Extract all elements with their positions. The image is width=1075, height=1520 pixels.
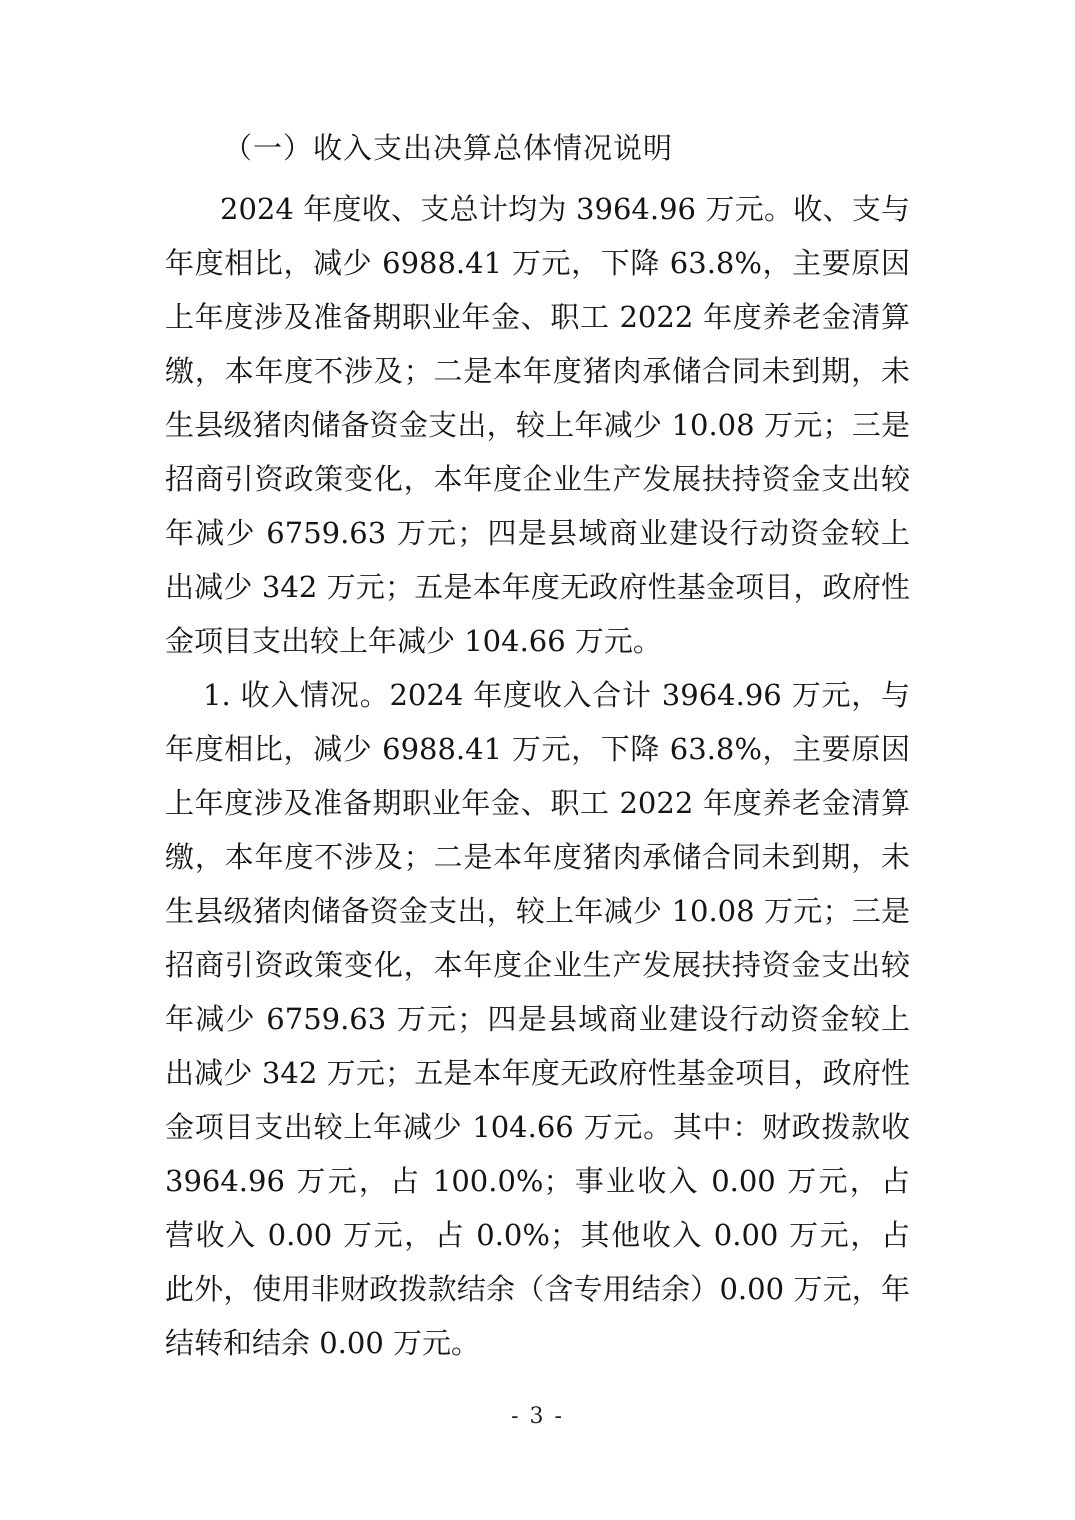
text-line: 上年度涉及准备期职业年金、职工 2022 年度养老金清算补 <box>165 290 910 344</box>
text-line: 缴，本年度不涉及；二是本年度猪肉承储合同未到期，未发 <box>165 344 910 398</box>
text-line: 招商引资政策变化，本年度企业生产发展扶持资金支出较上 <box>165 938 910 992</box>
text-line: 年减少 6759.63 万元；四是县域商业建设行动资金较上年支 <box>165 992 910 1046</box>
text-line: 2024 年度收、支总计均为 3964.96 万元。收、支与 2023 <box>165 182 910 236</box>
text-line: 金项目支出较上年减少 104.66 万元。 <box>165 614 910 668</box>
text-line: 金项目支出较上年减少 104.66 万元。其中：财政拨款收入 <box>165 1100 910 1154</box>
text-line: 年度相比，减少 6988.41 万元，下降 63.8%，主要原因一是 <box>165 236 910 290</box>
text-line: 生县级猪肉储备资金支出，较上年减少 10.08 万元；三是因 <box>165 398 910 452</box>
text-line: 此外，使用非财政拨款结余（含专用结余）0.00 万元，年初 <box>165 1262 910 1316</box>
text-line: 结转和结余 0.00 万元。 <box>165 1316 910 1370</box>
document-body: （一）收入支出决算总体情况说明 2024 年度收、支总计均为 3964.96 万… <box>165 121 910 1370</box>
text-line: 招商引资政策变化，本年度企业生产发展扶持资金支出较上 <box>165 452 910 506</box>
text-line: 1. 收入情况。2024 年度收入合计 3964.96 万元，与 2023 <box>165 668 910 722</box>
text-line: 营收入 0.00 万元，占 0.0%；其他收入 0.00 万元，占 0.0%。 <box>165 1208 910 1262</box>
text-line: 生县级猪肉储备资金支出，较上年减少 10.08 万元；三是因 <box>165 884 910 938</box>
paragraphs-container: 2024 年度收、支总计均为 3964.96 万元。收、支与 2023年度相比，… <box>165 182 910 1370</box>
document-page: （一）收入支出决算总体情况说明 2024 年度收、支总计均为 3964.96 万… <box>0 0 1075 1520</box>
text-line: 上年度涉及准备期职业年金、职工 2022 年度养老金清算补 <box>165 776 910 830</box>
text-line: 出减少 342 万元；五是本年度无政府性基金项目，政府性基 <box>165 1046 910 1100</box>
text-line: 3964.96 万元，占 100.0%；事业收入 0.00 万元，占 0.0%；… <box>165 1154 910 1208</box>
section-heading: （一）收入支出决算总体情况说明 <box>165 121 910 175</box>
text-line: 缴，本年度不涉及；二是本年度猪肉承储合同未到期，未发 <box>165 830 910 884</box>
page-number: - 3 - <box>0 1404 1075 1429</box>
text-line: 出减少 342 万元；五是本年度无政府性基金项目，政府性基 <box>165 560 910 614</box>
text-line: 年减少 6759.63 万元；四是县域商业建设行动资金较上年支 <box>165 506 910 560</box>
text-line: 年度相比，减少 6988.41 万元，下降 63.8%，主要原因一是 <box>165 722 910 776</box>
